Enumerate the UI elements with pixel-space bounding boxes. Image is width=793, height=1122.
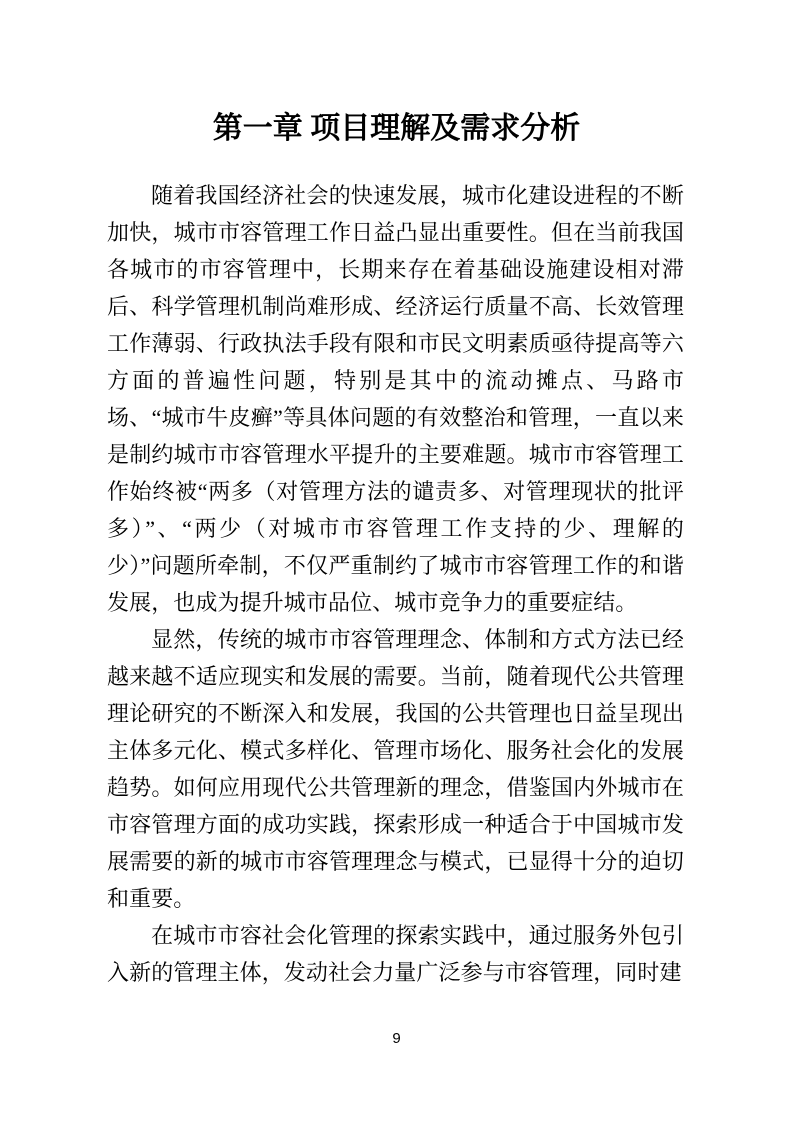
paragraph: 随着我国经济社会的快速发展，城市化建设进程的不断加快，城市市容管理工作日益凸显出… bbox=[107, 177, 684, 621]
document-body: 随着我国经济社会的快速发展，城市化建设进程的不断加快，城市市容管理工作日益凸显出… bbox=[107, 177, 684, 991]
document-page: 第一章 项目理解及需求分析 随着我国经济社会的快速发展，城市化建设进程的不断加快… bbox=[0, 0, 793, 1122]
chapter-title: 第一章 项目理解及需求分析 bbox=[0, 108, 793, 150]
paragraph: 在城市市容社会化管理的探索实践中，通过服务外包引入新的管理主体，发动社会力量广泛… bbox=[107, 917, 684, 991]
paragraph: 显然，传统的城市市容管理理念、体制和方式方法已经越来越不适应现实和发展的需要。当… bbox=[107, 621, 684, 917]
page-number: 9 bbox=[0, 1029, 793, 1049]
